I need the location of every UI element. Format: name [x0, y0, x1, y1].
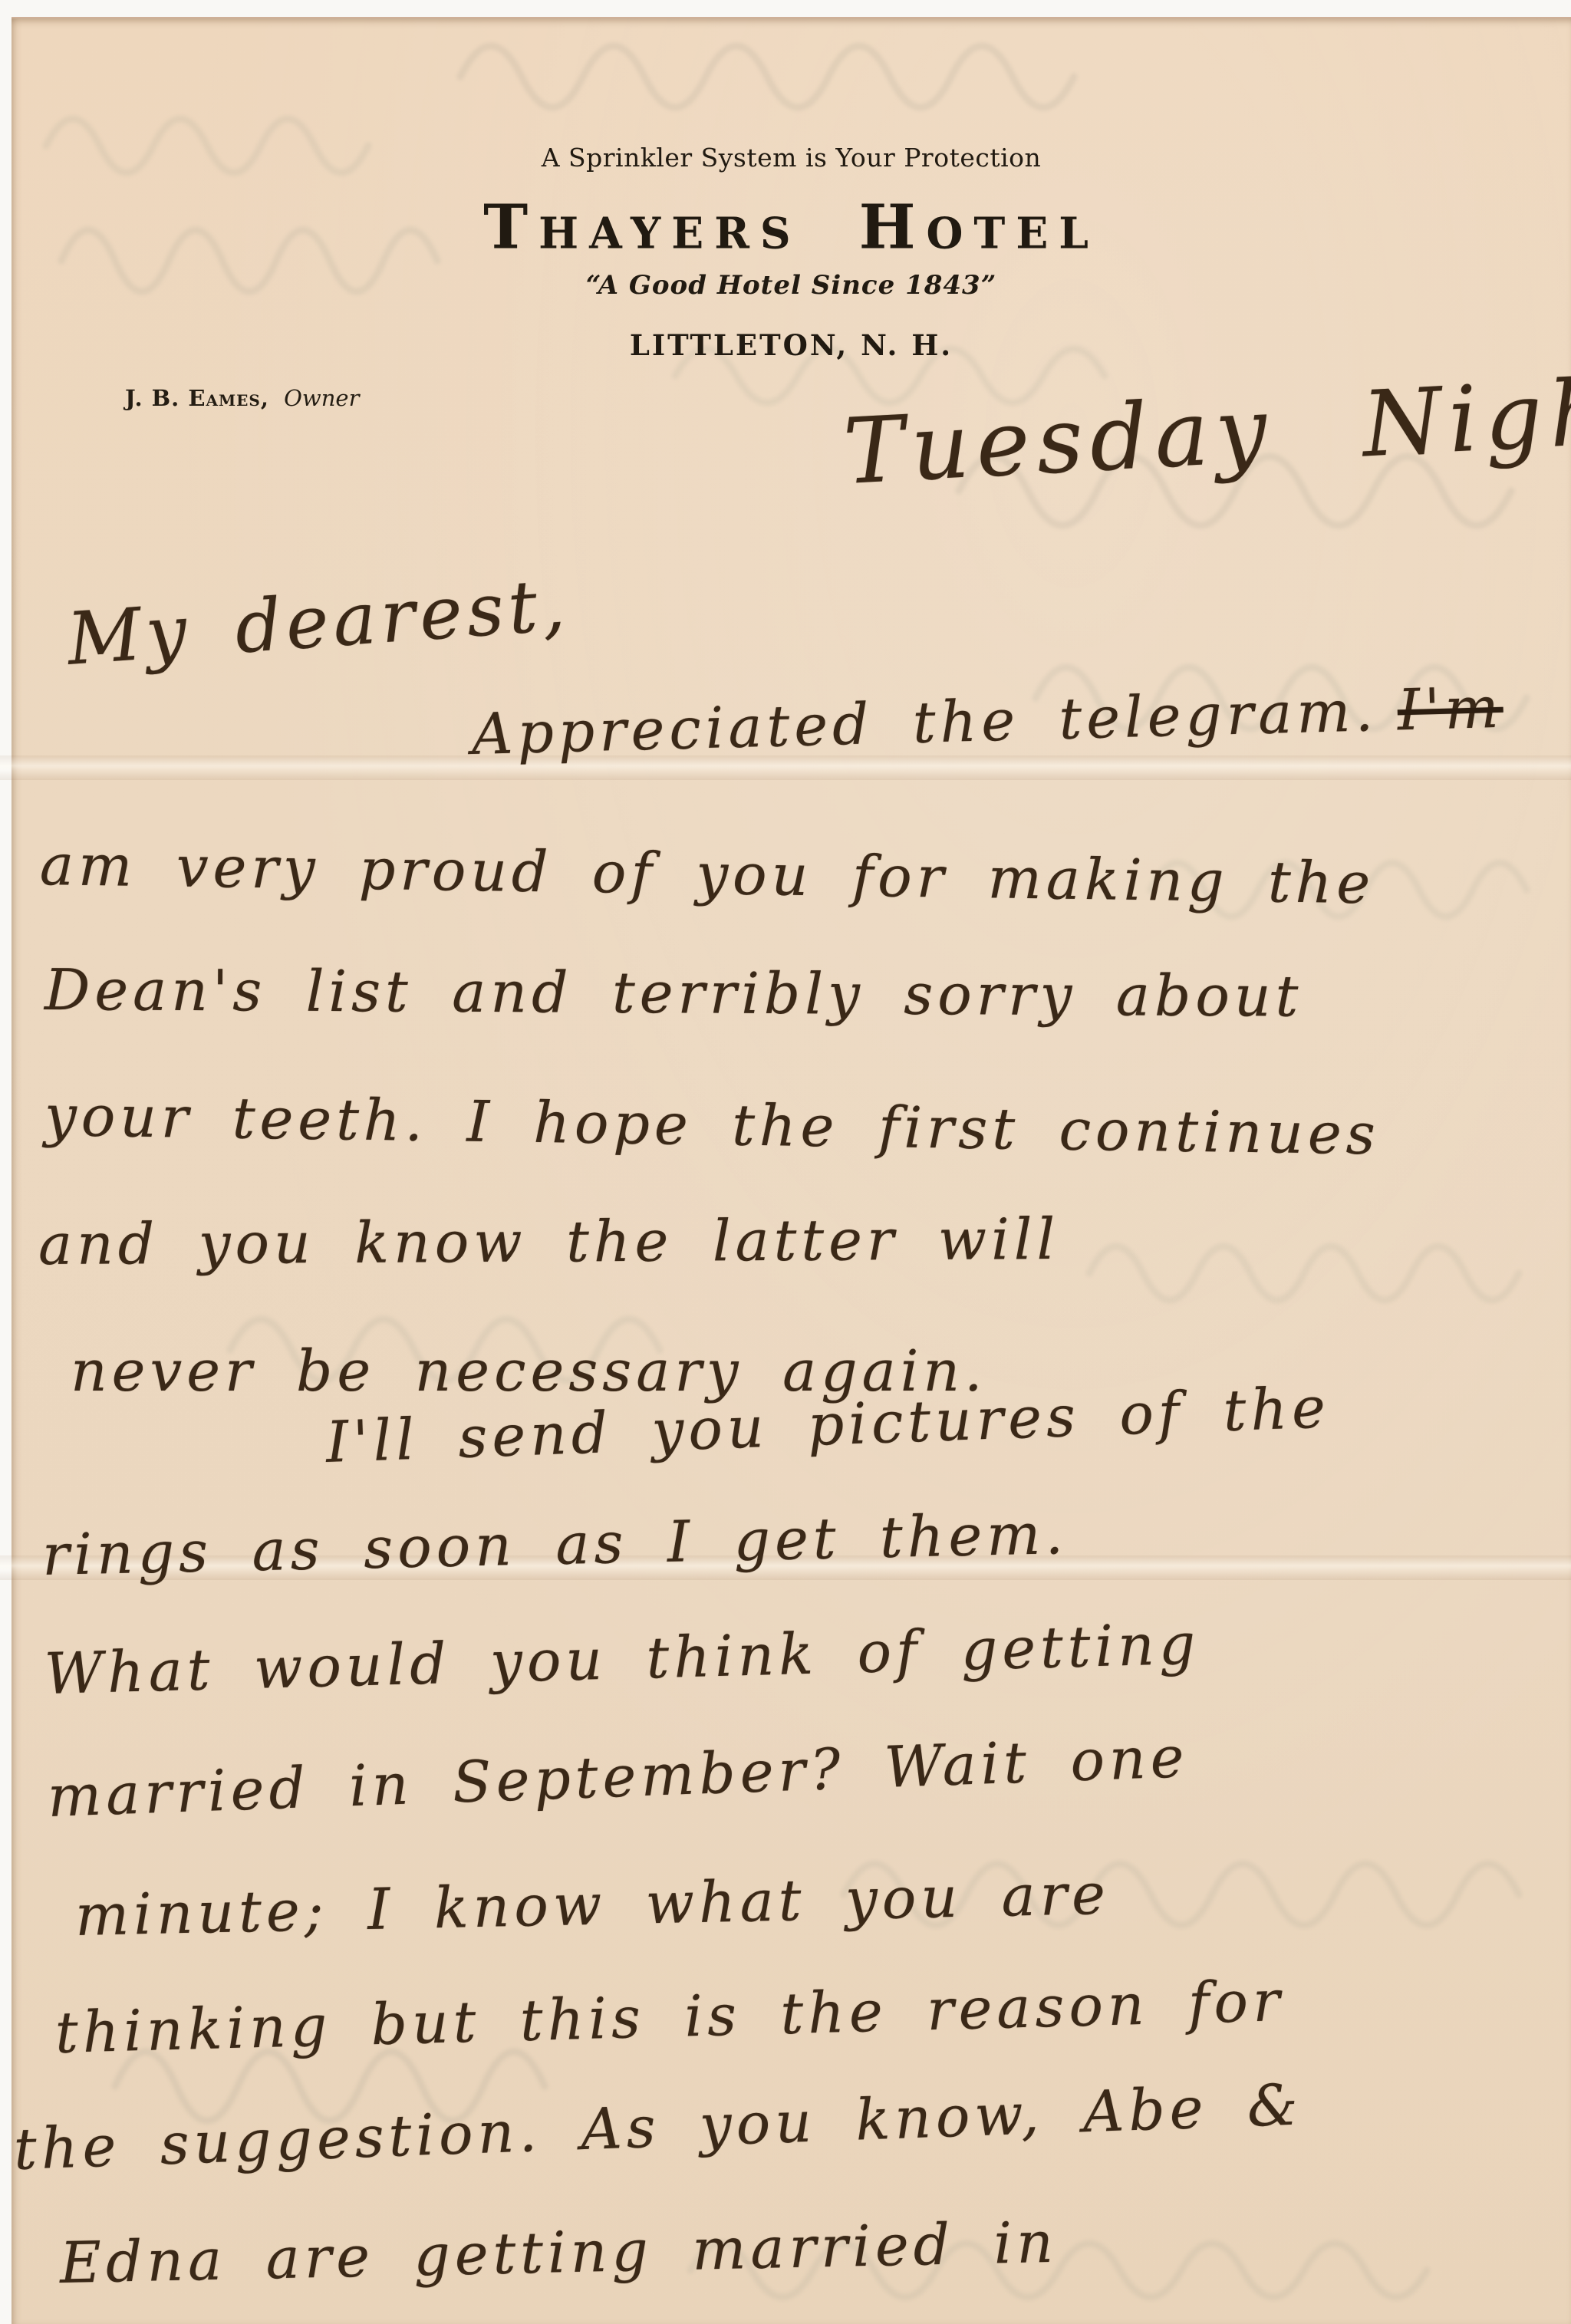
owner-name: J. B. Eames, [125, 385, 269, 411]
scanned-letter-page: A Sprinkler System is Your Protection Th… [0, 0, 1571, 2324]
letter-line: and you know the latter will [38, 1206, 1060, 1278]
crossed-out-word: I'm [1397, 675, 1504, 744]
letter-line: Dean's list and terribly sorry about [44, 957, 1303, 1030]
hotel-tagline: “A Good Hotel Since 1843” [12, 270, 1571, 301]
hotel-location: LITTLETON, N. H. [12, 328, 1571, 362]
stationery-paper [12, 17, 1571, 2324]
owner-line: J. B. Eames, Owner [125, 385, 359, 411]
letterhead-slogan: A Sprinkler System is Your Protection [12, 143, 1571, 173]
owner-title: Owner [276, 385, 359, 411]
hotel-name: Thayers Hotel [12, 197, 1571, 258]
